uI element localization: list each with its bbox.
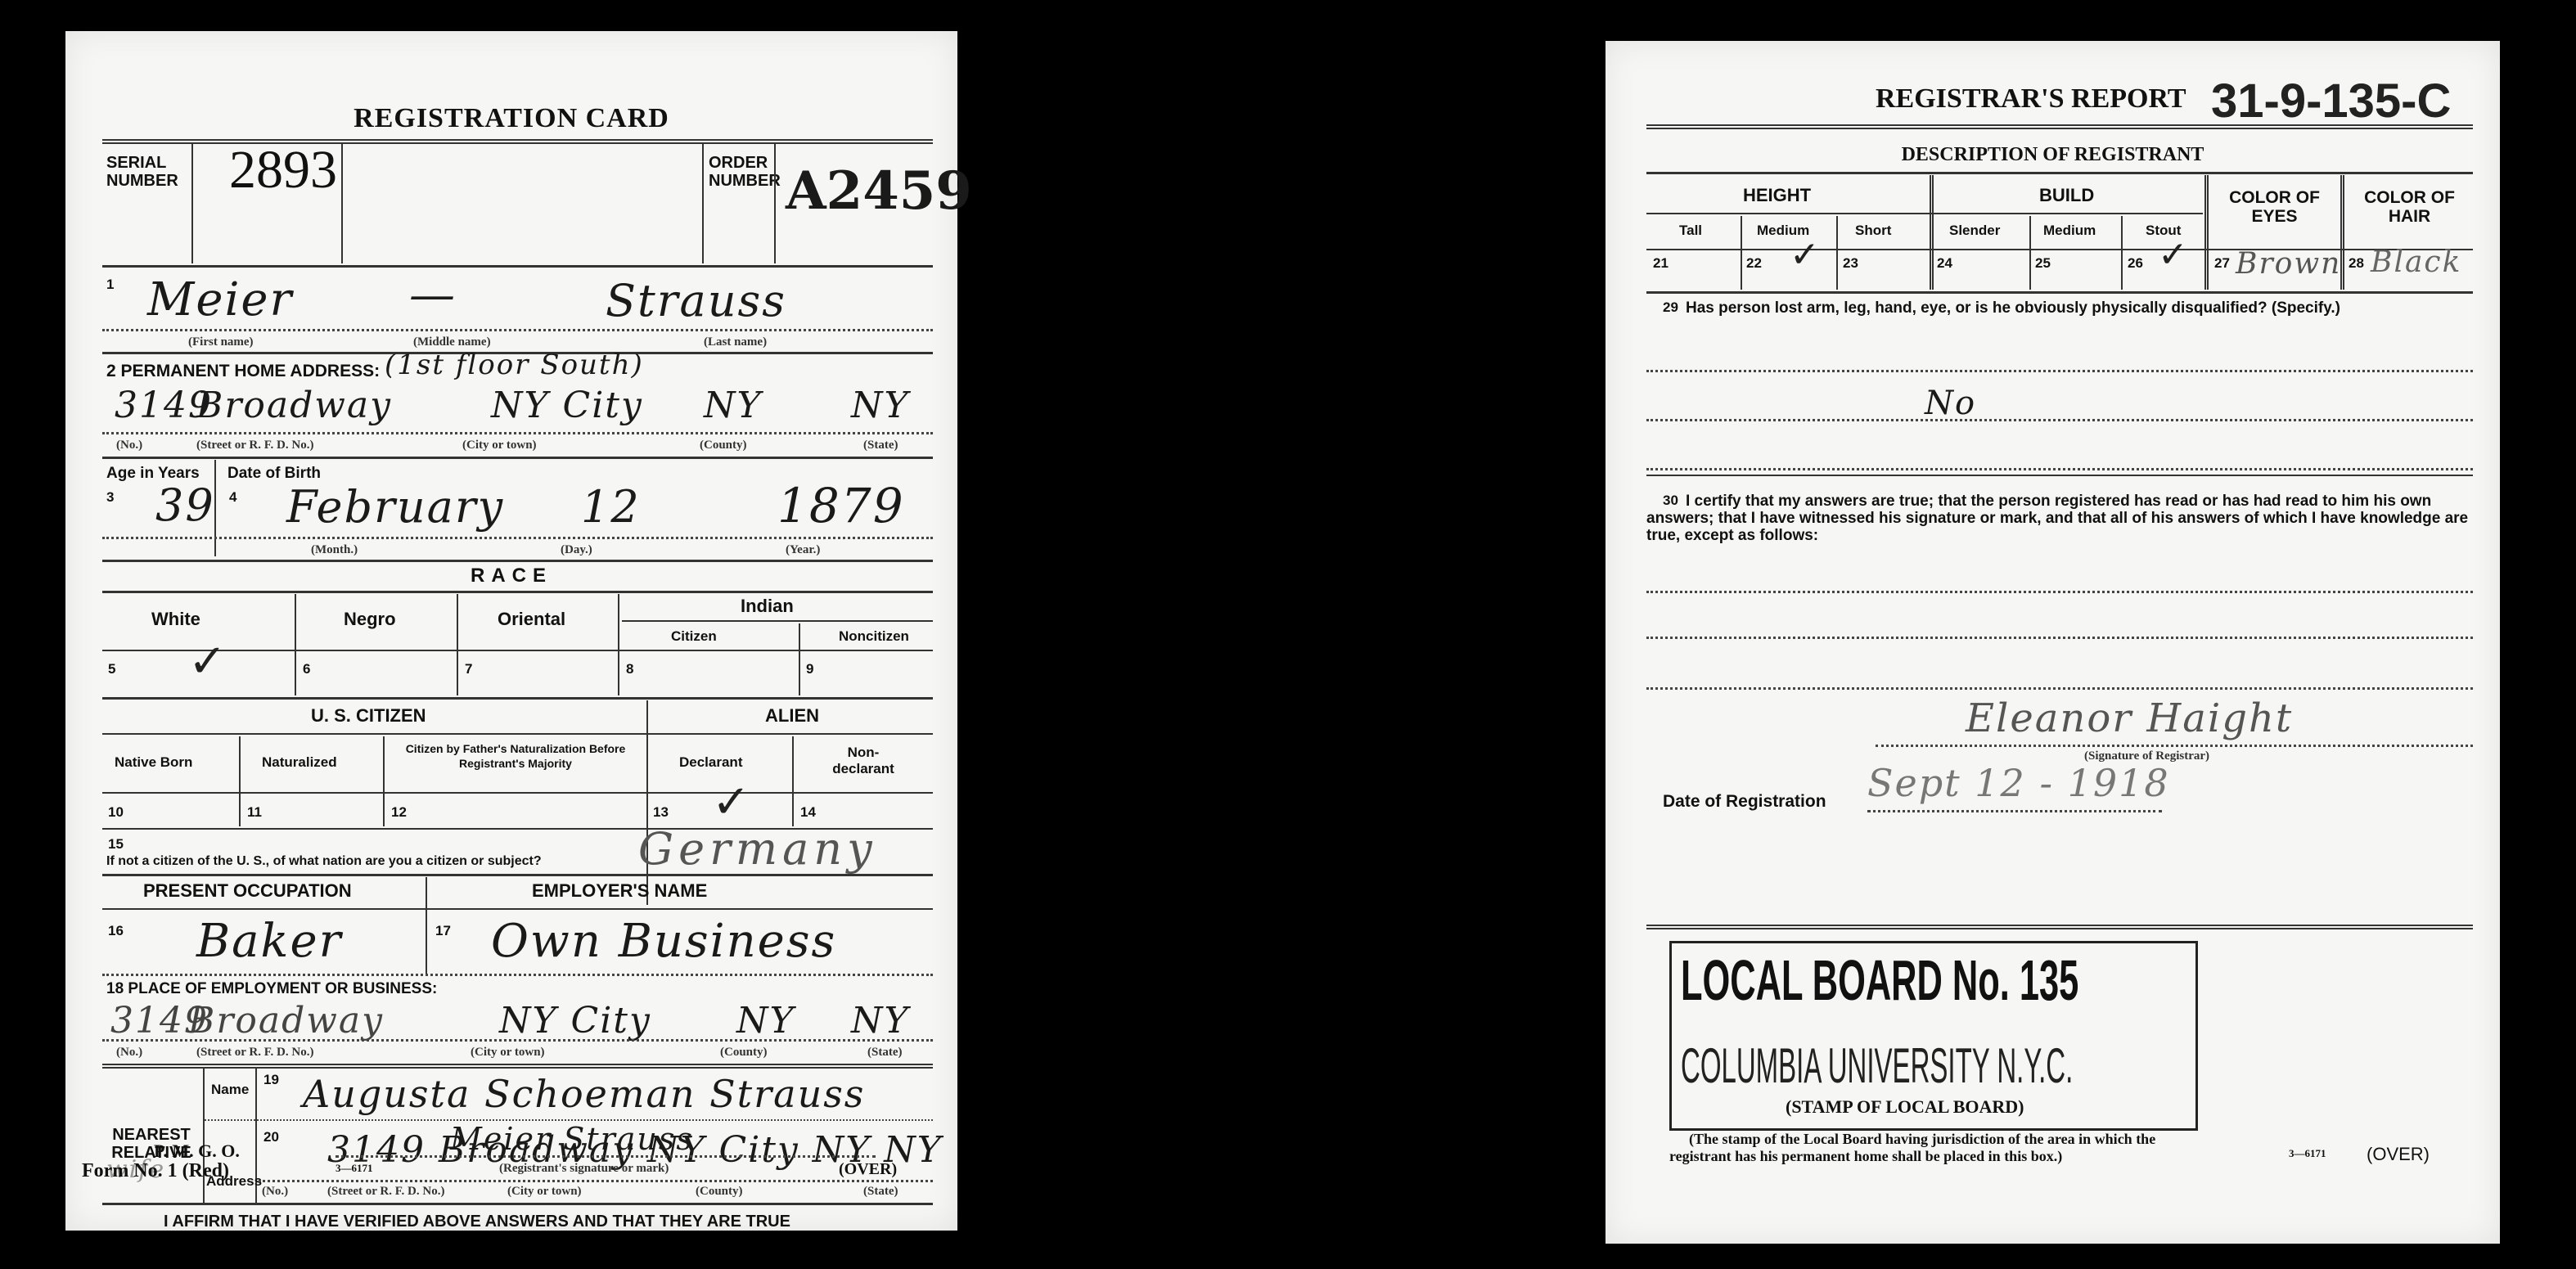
employment-street: Broadway (188, 1000, 384, 1042)
employment-state: NY (851, 1000, 910, 1042)
age-value: 39 (155, 479, 215, 531)
home-address-city: NY City (491, 385, 643, 426)
description-header: DESCRIPTION OF REGISTRANT (1605, 144, 2500, 166)
q29-answer: No (1925, 385, 1976, 422)
dob-month: February (286, 481, 504, 533)
home-address-note: (1st floor South) (385, 349, 644, 381)
first-name: Meier (147, 273, 293, 326)
eye-color-value: Brown (2236, 247, 2341, 281)
left-card-footer: Meier Strauss P. M. G. O. Form No. 1 (Re… (65, 1121, 957, 1231)
employer-value: Own Business (491, 915, 836, 968)
home-address-label: 2 PERMANENT HOME ADDRESS: (106, 362, 380, 381)
serial-label: SERIAL NUMBER (106, 154, 164, 190)
employment-city: NY City (499, 1000, 651, 1042)
registrar-signature: Eleanor Haight (1966, 695, 2293, 741)
stamp-line1: LOCAL BOARD No. 135 (1681, 947, 2078, 1013)
registration-date: Sept 12 - 1918 (1867, 761, 2170, 805)
card-title: REGISTRATION CARD (65, 103, 957, 134)
middle-name: — (409, 268, 457, 322)
order-number: A2459 (786, 160, 972, 222)
stamp-note: (The stamp of the Local Board having jur… (1669, 1131, 2201, 1165)
nation-answer: Germany (638, 823, 877, 875)
serial-number: 2893 (229, 139, 337, 201)
race-header: RACE (65, 565, 957, 587)
order-label: ORDER NUMBER (709, 154, 774, 190)
home-address-state: NY (851, 385, 910, 426)
height-medium-check[interactable]: ✓ (1790, 234, 1820, 276)
home-address-county: NY (704, 385, 763, 426)
report-title: REGISTRAR'S REPORT (1876, 83, 2186, 115)
last-name: Strauss (606, 275, 786, 326)
race-white-check[interactable]: ✓ (188, 635, 227, 688)
registrars-report-card: REGISTRAR'S REPORT 31-9-135-C DESCRIPTIO… (1605, 41, 2500, 1244)
registration-card: REGISTRATION CARD SERIAL NUMBER 2893 ORD… (65, 31, 957, 1231)
stamp-line2: COLUMBIA UNIVERSITY N.Y.C. (1681, 1037, 2073, 1094)
hair-color-value: Black (2371, 245, 2461, 279)
home-address-street: Broadway (196, 385, 392, 426)
occupation-value: Baker (196, 915, 342, 968)
report-number: 31-9-135-C (2211, 74, 2451, 128)
dob-year: 1879 (777, 478, 905, 533)
registrant-signature: Meier Strauss (450, 1121, 694, 1157)
alien-declarant-check[interactable]: ✓ (712, 776, 750, 829)
relative-name: Augusta Schoeman Strauss (303, 1072, 865, 1116)
build-stout-check[interactable]: ✓ (2158, 234, 2188, 276)
employment-county: NY (736, 1000, 795, 1042)
dob-day: 12 (581, 481, 641, 533)
